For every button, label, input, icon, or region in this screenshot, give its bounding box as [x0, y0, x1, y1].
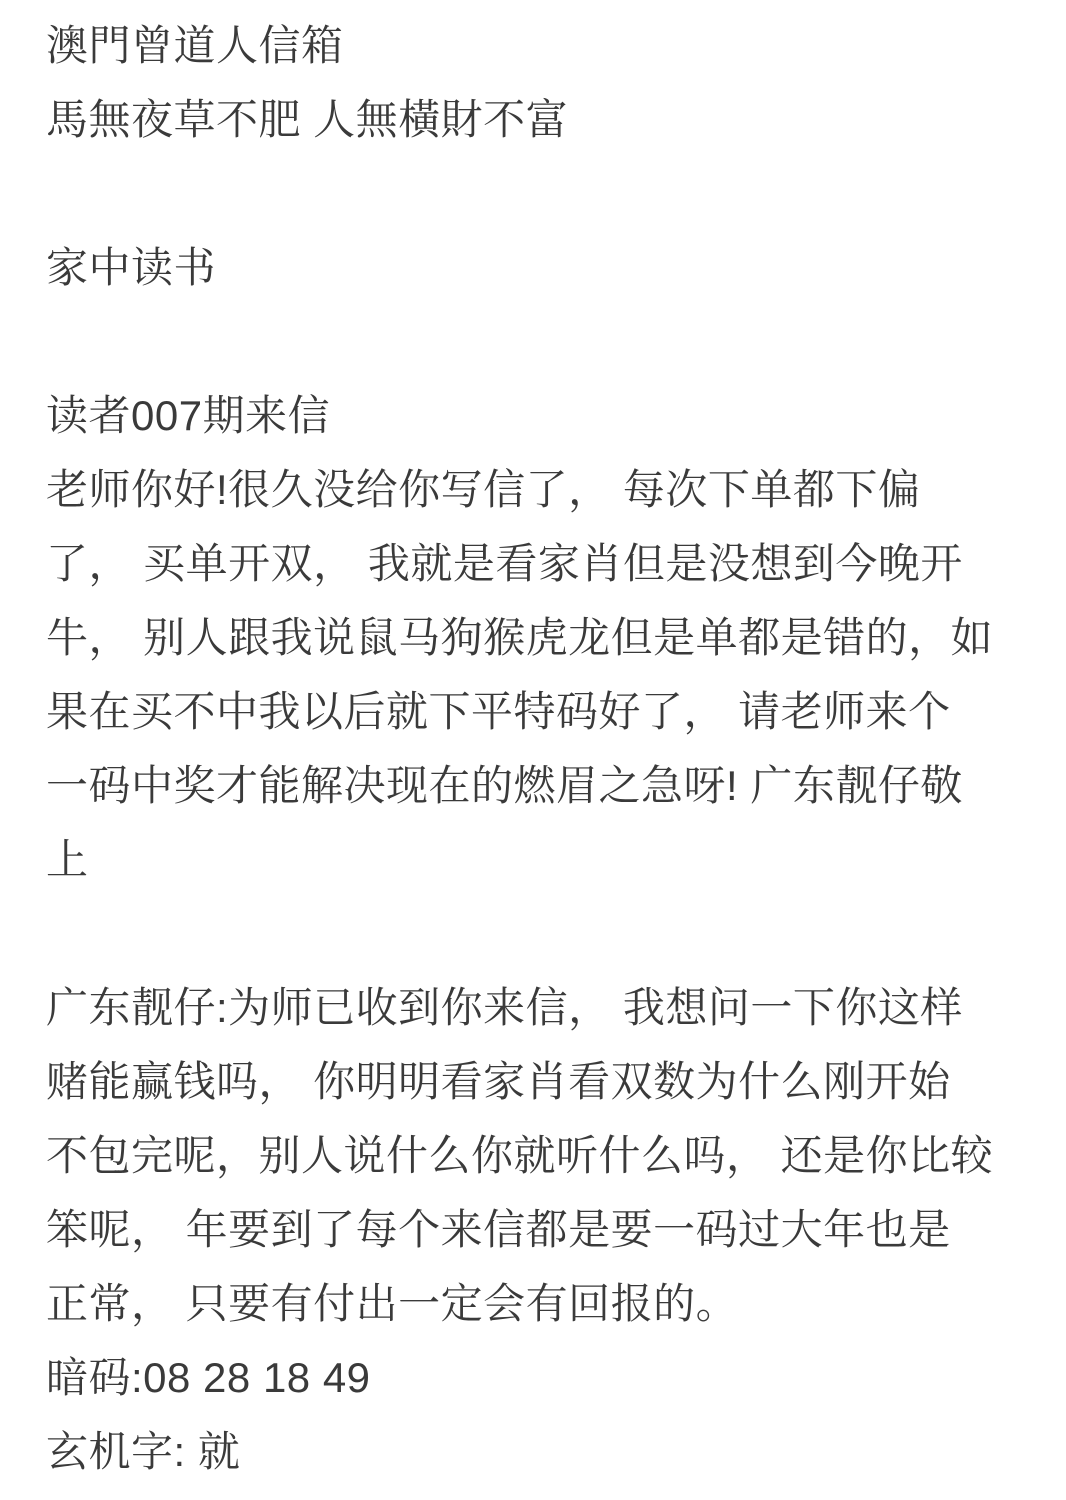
- reader-letter-line: 一码中奖才能解决现在的燃眉之急呀! 广东靓仔敬: [46, 749, 1026, 823]
- reader-letter-line: 上: [46, 823, 1026, 897]
- reader-letter-line: 牛， 别人跟我说鼠马狗猴虎龙但是单都是错的，如: [46, 601, 1026, 675]
- mystery-word-line: 玄机字: 就: [46, 1415, 1026, 1489]
- reader-letter-line: 果在买不中我以后就下平特码好了， 请老师来个: [46, 675, 1026, 749]
- dark-code-line: 暗码:08 28 18 49: [46, 1341, 1026, 1415]
- section-title: 家中读书: [46, 231, 1026, 305]
- spacer: [46, 157, 1026, 231]
- reader-letter-line: 老师你好!很久没给你写信了， 每次下单都下偏: [46, 453, 1026, 527]
- masthead-title: 澳門曾道人信箱: [46, 9, 1026, 83]
- text-column: 澳門曾道人信箱 馬無夜草不肥 人無橫財不富 家中读书 读者007期来信 老师你好…: [0, 0, 1066, 1489]
- master-reply-line: 广东靓仔:为师已收到你来信， 我想问一下你这样: [46, 971, 1026, 1045]
- reader-letter-heading: 读者007期来信: [46, 379, 1026, 453]
- spacer: [46, 897, 1026, 971]
- document-page: 澳門曾道人信箱 馬無夜草不肥 人無橫財不富 家中读书 读者007期来信 老师你好…: [0, 0, 1066, 1500]
- master-reply-line: 不包完呢，别人说什么你就听什么吗， 还是你比较: [46, 1119, 1026, 1193]
- masthead-motto: 馬無夜草不肥 人無橫財不富: [46, 83, 1026, 157]
- master-reply-line: 赌能赢钱吗， 你明明看家肖看双数为什么刚开始: [46, 1045, 1026, 1119]
- spacer: [46, 305, 1026, 379]
- reader-letter-line: 了， 买单开双， 我就是看家肖但是没想到今晚开: [46, 527, 1026, 601]
- master-reply-line: 笨呢， 年要到了每个来信都是要一码过大年也是: [46, 1193, 1026, 1267]
- master-reply-line: 正常， 只要有付出一定会有回报的。: [46, 1267, 1026, 1341]
